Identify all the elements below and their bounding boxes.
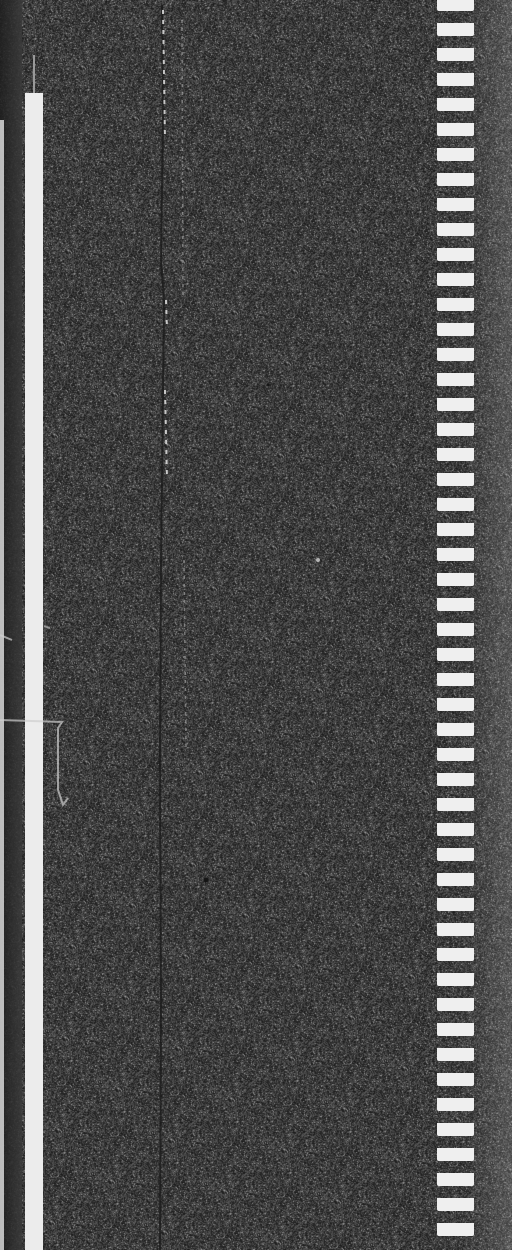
dash-block <box>437 973 474 986</box>
dash-block <box>437 148 474 161</box>
surface-marks <box>0 0 512 1250</box>
road-surface-photo <box>0 0 512 1250</box>
dash-block <box>437 548 474 561</box>
dash-block <box>437 1148 474 1161</box>
dash-block <box>437 1098 474 1111</box>
dash-block <box>437 523 474 536</box>
dash-block <box>437 73 474 86</box>
dash-block <box>437 623 474 636</box>
surface-spot <box>204 878 209 883</box>
dash-block <box>437 423 474 436</box>
dash-block <box>437 848 474 861</box>
dash-block <box>437 873 474 886</box>
dash-block <box>437 198 474 211</box>
dash-block <box>437 898 474 911</box>
dash-block <box>437 273 474 286</box>
dash-block <box>437 173 474 186</box>
dash-block <box>437 448 474 461</box>
dash-block <box>437 1123 474 1136</box>
dash-block <box>437 123 474 136</box>
dash-block <box>437 648 474 661</box>
dash-block <box>437 798 474 811</box>
dash-block <box>437 573 474 586</box>
dash-block <box>437 948 474 961</box>
chalk-mark <box>0 635 68 805</box>
dash-block <box>437 398 474 411</box>
dash-block <box>437 1223 474 1236</box>
dash-block <box>437 48 474 61</box>
crack-line <box>160 5 164 1250</box>
dash-block <box>437 248 474 261</box>
dash-block <box>437 598 474 611</box>
surface-spot <box>267 384 270 387</box>
dash-block <box>437 0 474 11</box>
dash-block-markings <box>437 0 475 1250</box>
dash-block <box>437 1048 474 1061</box>
dash-block <box>437 1198 474 1211</box>
dash-block <box>437 348 474 361</box>
dash-block <box>437 323 474 336</box>
dash-block <box>437 823 474 836</box>
surface-spot <box>316 558 320 562</box>
dash-block <box>437 373 474 386</box>
crack-seal-faint <box>182 20 186 750</box>
dash-block <box>437 1073 474 1086</box>
dash-block <box>437 23 474 36</box>
dash-block <box>437 498 474 511</box>
dash-block <box>437 298 474 311</box>
dash-block <box>437 473 474 486</box>
dash-block <box>437 998 474 1011</box>
dash-block <box>437 223 474 236</box>
dash-block <box>437 98 474 111</box>
dash-block <box>437 748 474 761</box>
dash-block <box>437 773 474 786</box>
dash-block <box>437 1173 474 1186</box>
dash-block <box>437 1023 474 1036</box>
dash-block <box>437 923 474 936</box>
dash-block <box>437 723 474 736</box>
dash-block <box>437 673 474 686</box>
dash-block <box>437 698 474 711</box>
